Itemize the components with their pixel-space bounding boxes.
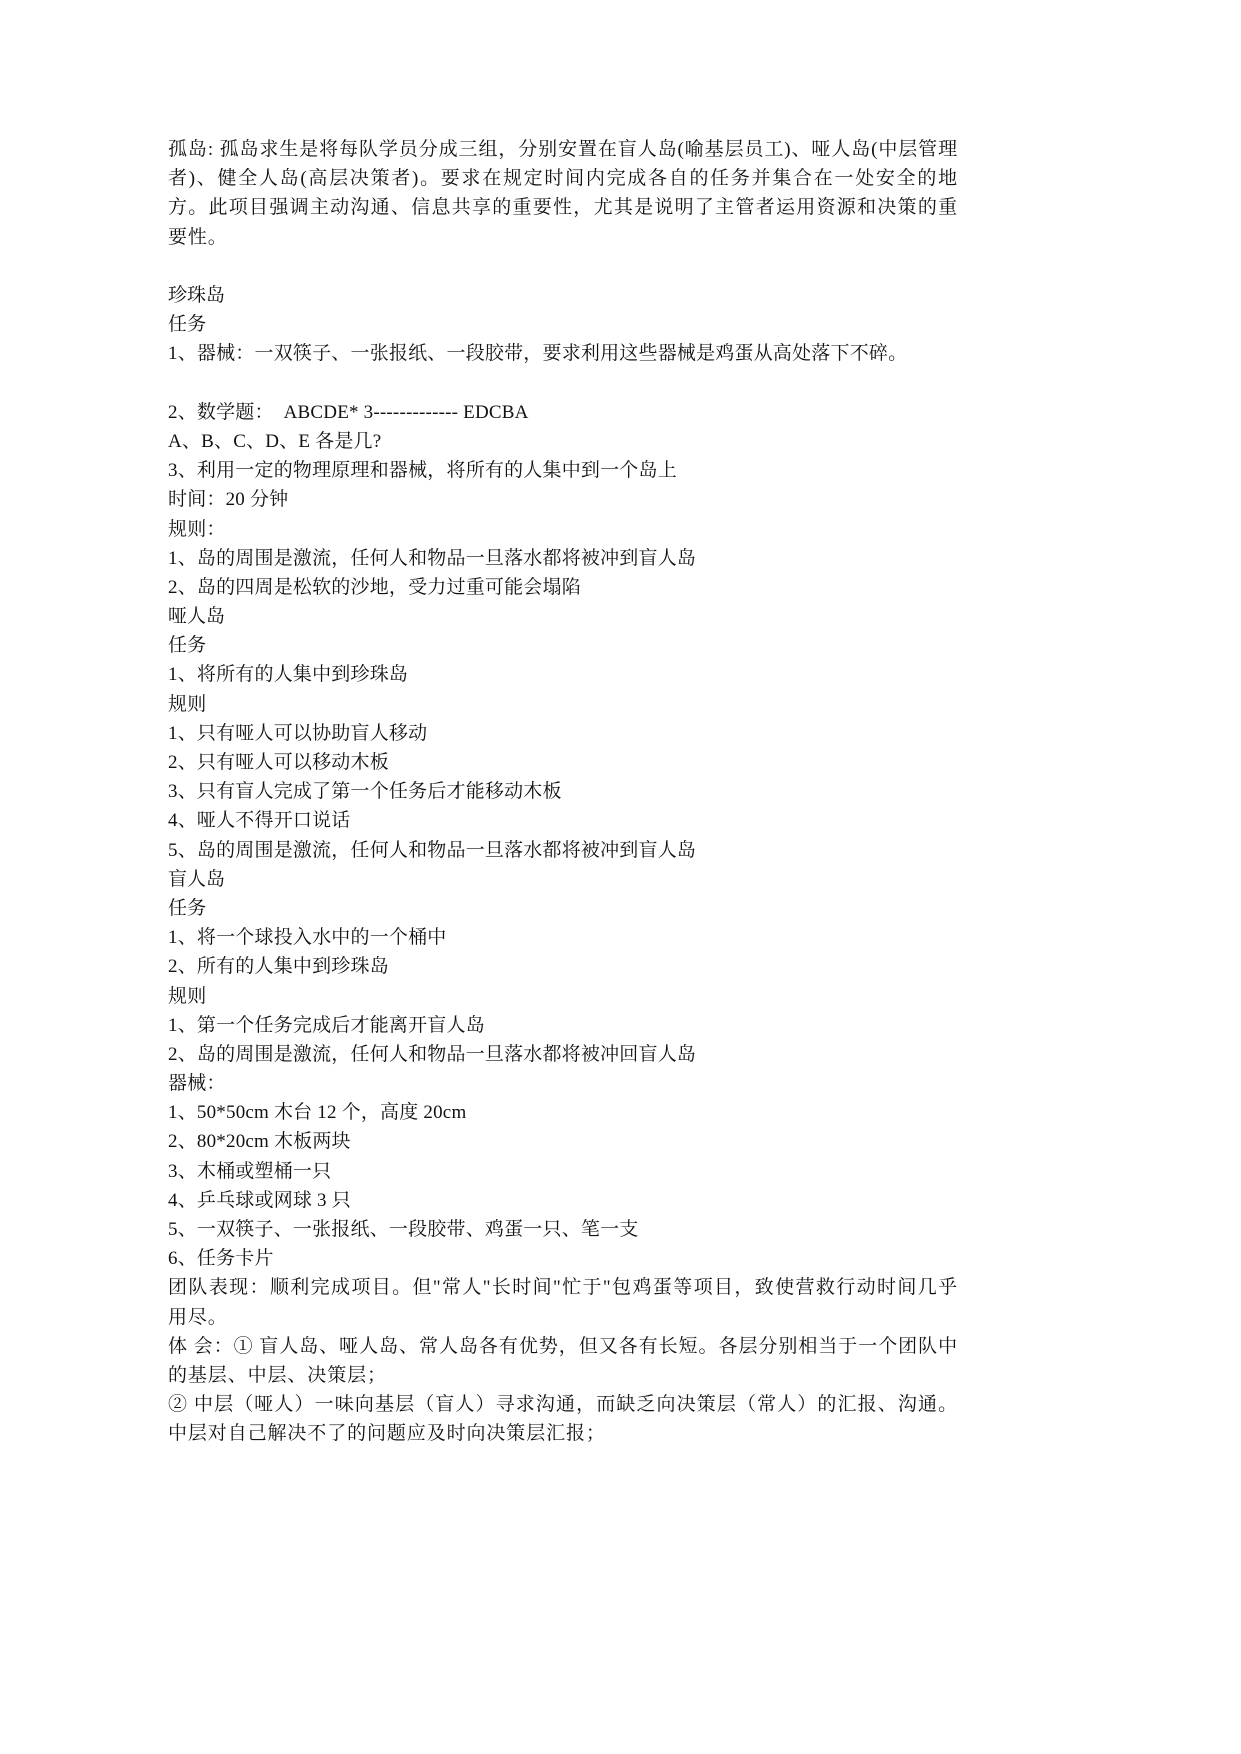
mute-island-rules-label: 规则 (168, 690, 958, 719)
team-performance-paragraph: 团队表现：顺利完成项目。但"常人"长时间"忙于"包鸡蛋等项目，致使营救行动时间几… (168, 1273, 958, 1331)
mute-island-task-label: 任务 (168, 631, 958, 660)
mute-island-title: 哑人岛 (168, 602, 958, 631)
equipment-item: 5、一双筷子、一张报纸、一段胶带、鸡蛋一只、笔一支 (168, 1215, 958, 1244)
pearl-island-rules-label: 规则： (168, 515, 958, 544)
equipment-item: 3、木桶或塑桶一只 (168, 1157, 958, 1186)
pearl-island-rule: 2、岛的四周是松软的沙地，受力过重可能会塌陷 (168, 573, 958, 602)
pearl-island-rule: 1、岛的周围是激流，任何人和物品一旦落水都将被冲到盲人岛 (168, 544, 958, 573)
section-pearl-island: 珍珠岛 任务 1、器械：一双筷子、一张报纸、一段胶带，要求利用这些器械是鸡蛋从高… (168, 281, 958, 602)
pearl-island-task-label: 任务 (168, 310, 958, 339)
mute-island-rule: 3、只有盲人完成了第一个任务后才能移动木板 (168, 777, 958, 806)
mute-island-rule: 2、只有哑人可以移动木板 (168, 748, 958, 777)
document-page: 孤岛: 孤岛求生是将每队学员分成三组，分别安置在盲人岛(喻基层员工)、哑人岛(中… (168, 135, 958, 1449)
equipment-item: 6、任务卡片 (168, 1244, 958, 1273)
reflection-point-1: 体 会：① 盲人岛、哑人岛、常人岛各有优势，但又各有长短。各层分别相当于一个团队… (168, 1332, 958, 1390)
blind-island-task-label: 任务 (168, 894, 958, 923)
pearl-island-title: 珍珠岛 (168, 281, 958, 310)
spacer (168, 252, 958, 281)
blind-island-rule: 2、岛的周围是激流，任何人和物品一旦落水都将被冲回盲人岛 (168, 1040, 958, 1069)
equipment-label: 器械： (168, 1069, 958, 1098)
reflection-point-2: ② 中层（哑人）一味向基层（盲人）寻求沟通，而缺乏向决策层（常人）的汇报、沟通。… (168, 1390, 958, 1448)
section-equipment: 器械： 1、50*50cm 木台 12 个，高度 20cm 2、80*20cm … (168, 1069, 958, 1273)
mute-island-rule: 1、只有哑人可以协助盲人移动 (168, 719, 958, 748)
blind-island-task: 1、将一个球投入水中的一个桶中 (168, 923, 958, 952)
mute-island-task: 1、将所有的人集中到珍珠岛 (168, 660, 958, 689)
pearl-island-time: 时间：20 分钟 (168, 485, 958, 514)
blind-island-rules-label: 规则 (168, 982, 958, 1011)
pearl-island-task-2-question: A、B、C、D、E 各是几? (168, 427, 958, 456)
mute-island-rule: 4、哑人不得开口说话 (168, 806, 958, 835)
equipment-item: 4、乒乓球或网球 3 只 (168, 1186, 958, 1215)
equipment-item: 1、50*50cm 木台 12 个，高度 20cm (168, 1098, 958, 1127)
intro-paragraph: 孤岛: 孤岛求生是将每队学员分成三组，分别安置在盲人岛(喻基层员工)、哑人岛(中… (168, 135, 958, 252)
pearl-island-task-2: 2、数学题： ABCDE* 3------------- EDCBA (168, 398, 958, 427)
mute-island-rule: 5、岛的周围是激流，任何人和物品一旦落水都将被冲到盲人岛 (168, 836, 958, 865)
section-blind-island: 盲人岛 任务 1、将一个球投入水中的一个桶中 2、所有的人集中到珍珠岛 规则 1… (168, 865, 958, 1069)
pearl-island-task-1: 1、器械：一双筷子、一张报纸、一段胶带，要求利用这些器械是鸡蛋从高处落下不碎。 (168, 339, 958, 368)
pearl-island-task-3: 3、利用一定的物理原理和器械，将所有的人集中到一个岛上 (168, 456, 958, 485)
section-mute-island: 哑人岛 任务 1、将所有的人集中到珍珠岛 规则 1、只有哑人可以协助盲人移动 2… (168, 602, 958, 865)
equipment-item: 2、80*20cm 木板两块 (168, 1127, 958, 1156)
blind-island-title: 盲人岛 (168, 865, 958, 894)
blind-island-rule: 1、第一个任务完成后才能离开盲人岛 (168, 1011, 958, 1040)
spacer (168, 369, 958, 398)
blind-island-task: 2、所有的人集中到珍珠岛 (168, 952, 958, 981)
